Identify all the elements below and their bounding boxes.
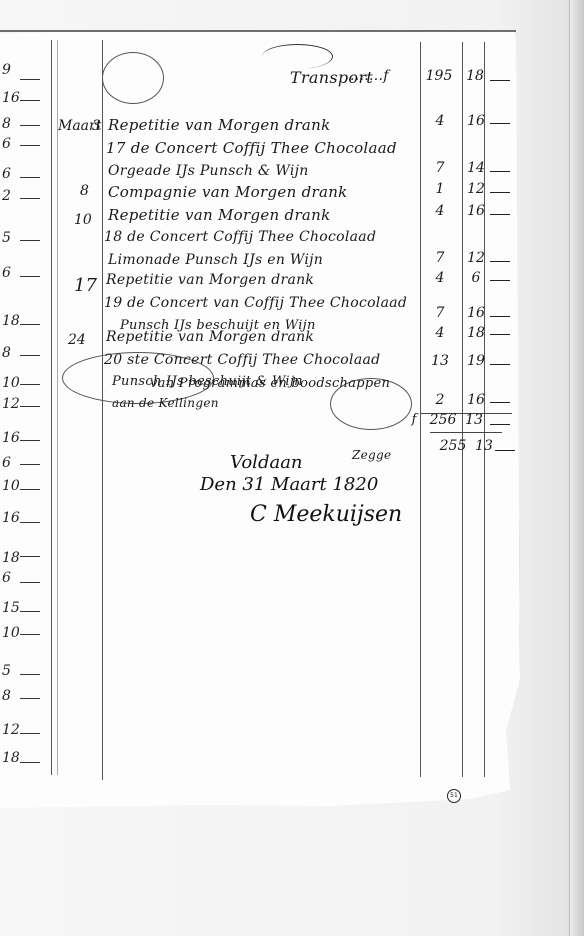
date-column-rule bbox=[102, 40, 103, 780]
flourish-top bbox=[102, 52, 164, 104]
stuivers-column-rule bbox=[462, 42, 463, 777]
signature: C Meekuijsen bbox=[250, 502, 402, 527]
paid-label: Voldaan bbox=[230, 452, 303, 473]
page-number-stamp: 51 bbox=[447, 789, 461, 803]
adjacent-page-edge bbox=[569, 0, 584, 936]
date-line: Den 31 Maart 1820 bbox=[200, 474, 378, 495]
margin-rule bbox=[51, 40, 52, 775]
total-rule-2 bbox=[430, 432, 502, 433]
guilders-column-rule bbox=[420, 42, 421, 777]
flourish-header bbox=[262, 44, 333, 69]
penning-column-rule bbox=[484, 42, 485, 777]
torn-top-edge bbox=[0, 30, 516, 32]
margin-rule-2 bbox=[57, 40, 58, 775]
